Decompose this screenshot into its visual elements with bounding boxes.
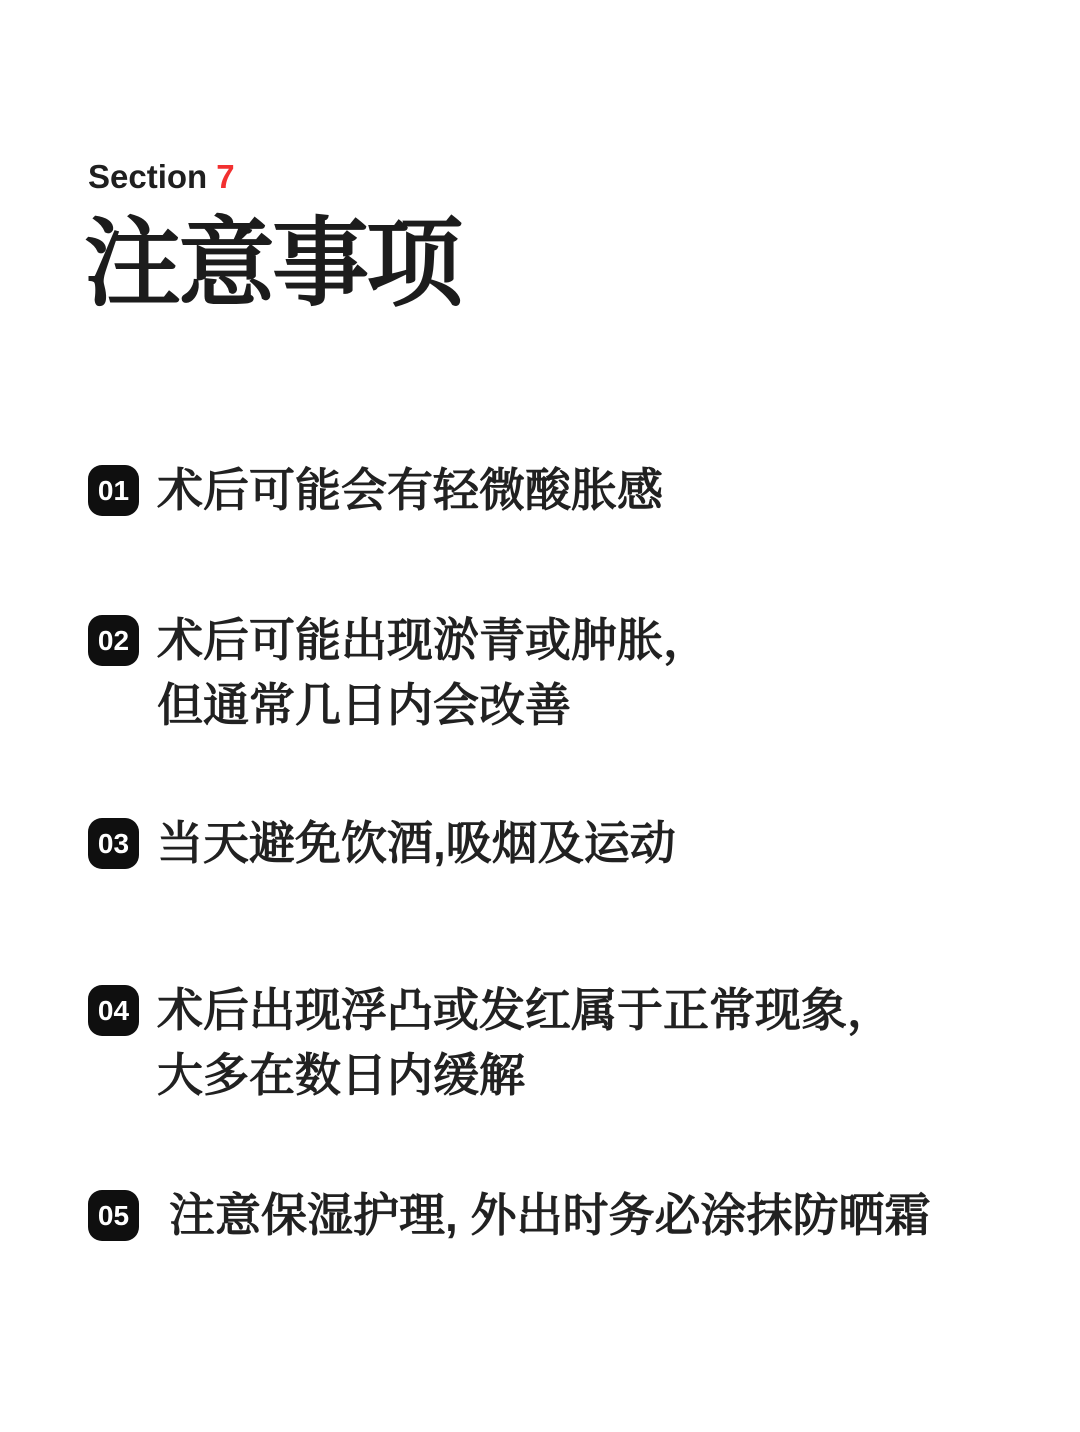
list-item: 01 术后可能会有轻微酸胀感 — [88, 458, 1020, 523]
item-number-badge: 03 — [88, 818, 139, 869]
item-number-badge: 01 — [88, 465, 139, 516]
item-text: 注意保湿护理, 外出时务必涂抹防晒霜 — [153, 1183, 931, 1248]
item-text: 当天避免饮酒,吸烟及运动 — [153, 811, 676, 876]
page-title: 注意事项 — [84, 210, 460, 319]
item-text: 术后可能出现淤青或肿胀， 但通常几日内会改善 — [153, 608, 709, 739]
section-number: 7 — [216, 158, 234, 195]
list-item: 04 术后出现浮凸或发红属于正常现象， 大多在数日内缓解 — [88, 978, 1020, 1109]
list-item: 02 术后可能出现淤青或肿胀， 但通常几日内会改善 — [88, 608, 1020, 739]
item-text: 术后出现浮凸或发红属于正常现象， 大多在数日内缓解 — [153, 978, 893, 1109]
item-number-badge: 05 — [88, 1190, 139, 1241]
list-item: 03 当天避免饮酒,吸烟及运动 — [88, 811, 1020, 876]
item-number-badge: 02 — [88, 615, 139, 666]
header: Section7 注意事项 — [88, 158, 460, 319]
section-label-line: Section7 — [88, 158, 460, 196]
section-label: Section — [88, 158, 207, 195]
item-number-badge: 04 — [88, 985, 139, 1036]
item-text: 术后可能会有轻微酸胀感 — [153, 458, 663, 523]
list-item: 05 注意保湿护理, 外出时务必涂抹防晒霜 — [88, 1183, 1020, 1248]
infographic-page: Section7 注意事项 01 术后可能会有轻微酸胀感 02 术后可能出现淤青… — [0, 0, 1080, 1432]
